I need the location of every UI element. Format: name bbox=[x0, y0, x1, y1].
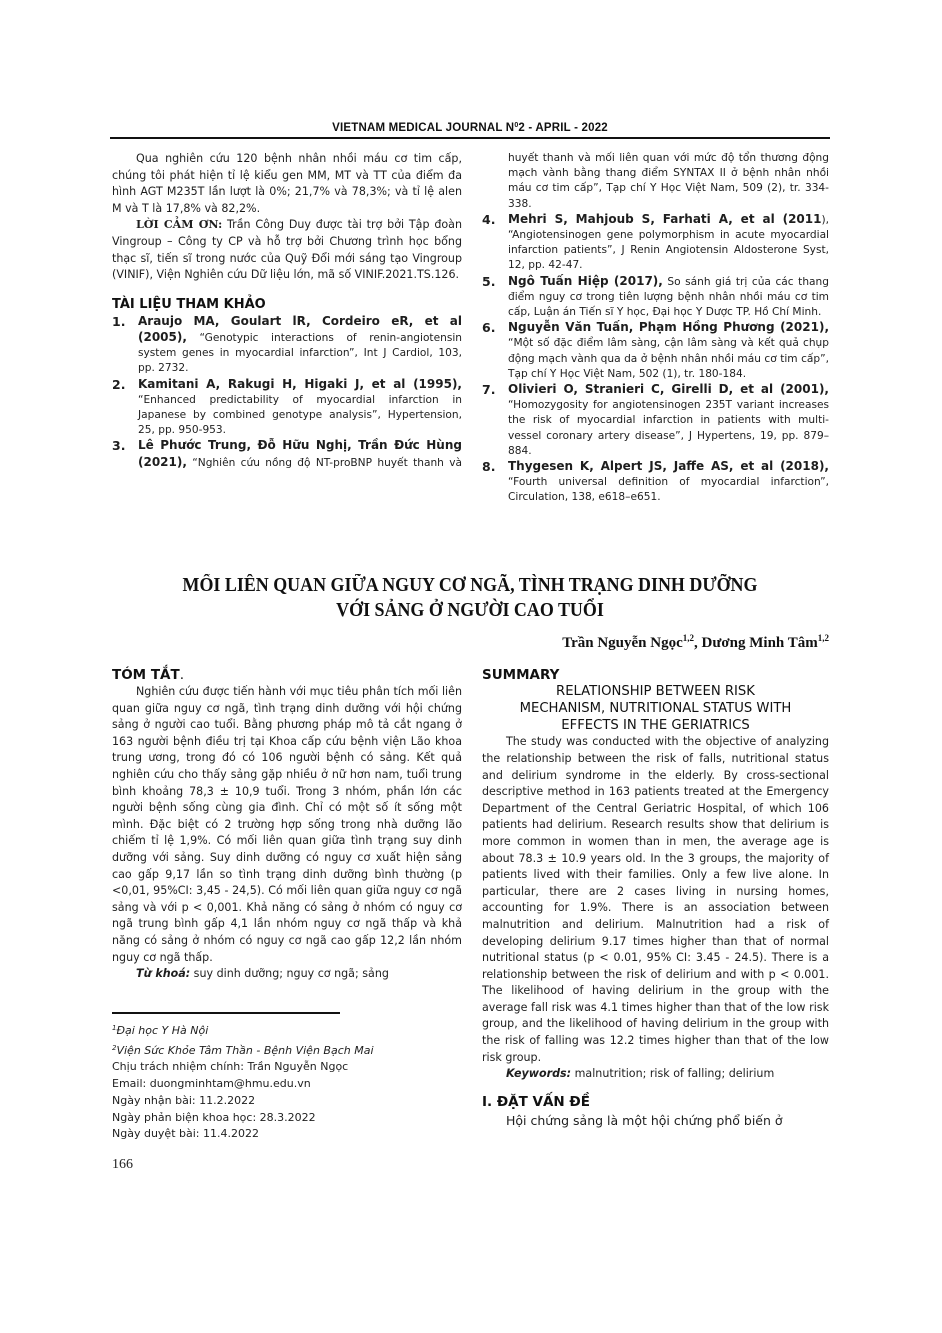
article-title-line-2: VỚI SẢNG Ở NGƯỜI CAO TUỔI bbox=[139, 598, 801, 623]
accepted-date: Ngày duyệt bài: 11.4.2022 bbox=[112, 1126, 462, 1143]
previous-article-right-column: huyết thanh và mối liên quan với mức độ … bbox=[482, 151, 829, 506]
reference-number: 1. bbox=[112, 314, 125, 329]
reference-authors: Ngô Tuấn Hiệp (2017), bbox=[508, 274, 663, 288]
reference-item: 7.Olivieri O, Stranieri C, Girelli D, et… bbox=[482, 382, 829, 459]
corresponding-author: Chịu trách nhiệm chính: Trần Nguyễn Ngọc bbox=[112, 1059, 462, 1076]
affiliation-2-text: Viện Sức Khỏe Tâm Thần - Bệnh Viện Bạch … bbox=[116, 1044, 373, 1057]
reference-list-left: 1.Araujo MA, Goulart lR, Cordeiro eR, et… bbox=[112, 314, 462, 469]
keywords-vi-label: Từ khoá: bbox=[136, 967, 190, 980]
article-authors: Trần Nguyễn Ngọc1,2, Dương Minh Tâm1,2 bbox=[562, 633, 829, 652]
reference-item-continued: huyết thanh và mối liên quan với mức độ … bbox=[482, 151, 829, 212]
reference-item: 8.Thygesen K, Alpert JS, Jaffe AS, et al… bbox=[482, 459, 829, 506]
issue-date: 2 - APRIL - 2022 bbox=[518, 122, 607, 134]
footnotes: 1Đại học Y Hà Nội 2Viện Sức Khỏe Tâm Thầ… bbox=[112, 1020, 462, 1143]
author-name: Trần Nguyễn Ngọc bbox=[562, 635, 683, 651]
affiliation-1: 1Đại học Y Hà Nội bbox=[112, 1020, 462, 1040]
summary-title-line-3: EFFECTS IN THE GERIATRICS bbox=[482, 718, 829, 735]
reference-item: 6.Nguyễn Văn Tuấn, Phạm Hồng Phương (202… bbox=[482, 320, 829, 382]
reference-authors: Kamitani A, Rakugi H, Higaki J, et al (1… bbox=[138, 377, 462, 391]
previous-article-left-column: Qua nghiên cứu 120 bệnh nhân nhồi máu cơ… bbox=[112, 151, 462, 468]
reference-item: 2.Kamitani A, Rakugi H, Higaki J, et al … bbox=[112, 377, 462, 439]
received-date: Ngày nhận bài: 11.2.2022 bbox=[112, 1093, 462, 1110]
reference-number: 5. bbox=[482, 274, 495, 289]
keywords-vi: Từ khoá: suy dinh dưỡng; nguy cơ ngã; sả… bbox=[112, 966, 462, 983]
running-header: VIETNAM MEDICAL JOURNAL N02 - APRIL - 20… bbox=[110, 122, 830, 134]
abstract-vi-heading-punct: . bbox=[180, 667, 184, 683]
summary-title: RELATIONSHIP BETWEEN RISK MECHANISM, NUT… bbox=[482, 684, 829, 734]
keywords-en: Keywords: malnutrition; risk of falling;… bbox=[482, 1066, 829, 1083]
page-number: 166 bbox=[112, 1157, 133, 1173]
keywords-vi-text: suy dinh dưỡng; nguy cơ ngã; sảng bbox=[190, 967, 389, 980]
author-affiliation-sup: 1,2 bbox=[818, 633, 829, 643]
reviewed-date: Ngày phản biện khoa học: 28.3.2022 bbox=[112, 1110, 462, 1127]
keywords-en-label: Keywords: bbox=[506, 1067, 571, 1080]
reference-text: “Genotypic interactions of renin-angiote… bbox=[138, 332, 462, 374]
header-rule bbox=[110, 137, 830, 139]
summary-heading: SUMMARY bbox=[482, 666, 829, 684]
summary-en-text: The study was conducted with the objecti… bbox=[482, 734, 829, 1066]
contact-email: Email: duongminhtam@hmu.edu.vn bbox=[112, 1076, 462, 1093]
affiliation-2: 2Viện Sức Khỏe Tâm Thần - Bệnh Viện Bạch… bbox=[112, 1040, 462, 1060]
summary-en-column: SUMMARY RELATIONSHIP BETWEEN RISK MECHAN… bbox=[482, 666, 829, 1130]
affiliation-1-text: Đại học Y Hà Nội bbox=[116, 1024, 208, 1037]
reference-number: 3. bbox=[112, 438, 125, 453]
journal-name: VIETNAM MEDICAL JOURNAL N bbox=[332, 122, 514, 134]
reference-item: 5.Ngô Tuấn Hiệp (2017), So sánh giá trị … bbox=[482, 274, 829, 321]
reference-item: 1.Araujo MA, Goulart lR, Cordeiro eR, et… bbox=[112, 314, 462, 377]
author-name: Dương Minh Tâm bbox=[702, 635, 818, 651]
reference-number: 8. bbox=[482, 459, 495, 474]
reference-number: 7. bbox=[482, 382, 495, 397]
reference-authors: Nguyễn Văn Tuấn, Phạm Hồng Phương (2021)… bbox=[508, 320, 829, 334]
summary-title-line-2: MECHANISM, NUTRITIONAL STATUS WITH bbox=[482, 701, 829, 718]
reference-text: “Một số đặc điểm lâm sàng, cận lâm sàng … bbox=[508, 337, 829, 379]
summary-title-line-1: RELATIONSHIP BETWEEN RISK bbox=[482, 684, 829, 701]
acknowledgement-label: LỜI CẢM ƠN: bbox=[136, 218, 222, 231]
reference-number: 4. bbox=[482, 212, 495, 227]
reference-item: 4.Mehri S, Mahjoub S, Farhati A, et al (… bbox=[482, 212, 829, 274]
author-affiliation-sup: 1,2 bbox=[683, 633, 694, 643]
references-heading: TÀI LIỆU THAM KHẢO bbox=[112, 296, 462, 314]
reference-text: “Enhanced predictability of myocardial i… bbox=[138, 394, 462, 436]
reference-text: “Fourth universal definition of myocardi… bbox=[508, 476, 829, 503]
reference-number: 6. bbox=[482, 320, 495, 335]
article-title: MỐI LIÊN QUAN GIỮA NGUY CƠ NGÃ, TÌNH TRẠ… bbox=[139, 573, 801, 623]
reference-authors: Olivieri O, Stranieri C, Girelli D, et a… bbox=[508, 382, 829, 396]
footnote-rule bbox=[112, 1012, 340, 1014]
reference-authors: Mehri S, Mahjoub S, Farhati A, et al (20… bbox=[508, 212, 821, 226]
conclusion-paragraph: Qua nghiên cứu 120 bệnh nhân nhồi máu cơ… bbox=[112, 151, 462, 217]
article-title-line-1: MỐI LIÊN QUAN GIỮA NGUY CƠ NGÃ, TÌNH TRẠ… bbox=[139, 573, 801, 598]
acknowledgement-paragraph: LỜI CẢM ƠN: Trần Công Duy được tài trợ b… bbox=[112, 217, 462, 283]
journal-page: VIETNAM MEDICAL JOURNAL N02 - APRIL - 20… bbox=[0, 0, 942, 1333]
reference-item: 3.Lê Phước Trung, Đỗ Hữu Nghị, Trần Đức … bbox=[112, 438, 462, 468]
reference-text: “Nghiên cứu nồng độ NT-proBNP huyết than… bbox=[138, 457, 462, 469]
abstract-vi-heading: TÓM TẮT. bbox=[112, 666, 462, 684]
reference-text: “Homozygosity for angiotensinogen 235T v… bbox=[508, 399, 829, 457]
reference-number: 2. bbox=[112, 377, 125, 392]
reference-list-right: huyết thanh và mối liên quan với mức độ … bbox=[482, 151, 829, 506]
reference-authors: Thygesen K, Alpert JS, Jaffe AS, et al (… bbox=[508, 459, 829, 473]
abstract-vi-column: TÓM TẮT. Nghiên cứu được tiến hành với m… bbox=[112, 666, 462, 983]
keywords-en-text: malnutrition; risk of falling; delirium bbox=[571, 1067, 774, 1080]
abstract-vi-text: Nghiên cứu được tiến hành với mục tiêu p… bbox=[112, 684, 462, 966]
introduction-text: Hội chứng sảng là một hội chứng phổ biến… bbox=[482, 1111, 829, 1130]
introduction-heading: I. ĐẶT VẤN ĐỀ bbox=[482, 1093, 829, 1111]
abstract-vi-heading-text: TÓM TẮT bbox=[112, 667, 180, 683]
